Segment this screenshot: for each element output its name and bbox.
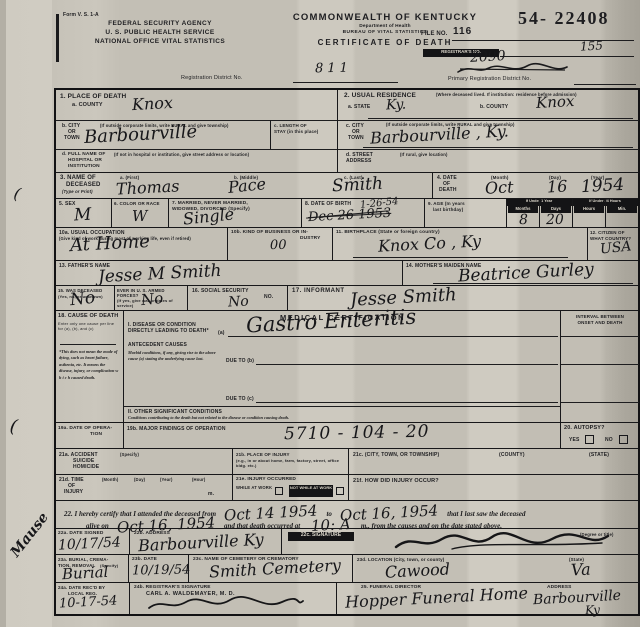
cause-footnote: *This does not mean the mode of dying, s…: [59, 349, 119, 381]
registrar-no-handwritten: 155: [580, 39, 604, 52]
disease-label-2: DIRECTLY LEADING TO DEATH*: [128, 328, 209, 334]
injury-f-label: 21f. HOW DID INJURY OCCUR?: [353, 478, 439, 485]
ssn-label-2: NO.: [264, 294, 273, 300]
injury-d-month-label: (Month): [102, 477, 118, 482]
other-conditions-note: Conditions contributing to the death but…: [128, 415, 388, 421]
row-sex-race-dob-age: 5. SEX M 6. COLOR OR RACE W 7. MARRIED, …: [56, 198, 638, 227]
interval-label-2: ONSET AND DEATH: [561, 320, 639, 326]
burial-date-value: 10/19/54: [132, 563, 191, 577]
residence-county-label: b. COUNTY: [480, 104, 508, 110]
injury-b-label: 21b. PLACE OF INJURY: [236, 452, 290, 458]
field-date-signed: 22a. DATE SIGNED 10/17/54: [56, 529, 129, 555]
funeral-address-value-2: Ky: [585, 604, 601, 617]
father-value: Jesse M Smith: [98, 263, 222, 286]
min-label: Min.: [607, 206, 637, 213]
registrar-no-rule: [500, 56, 634, 57]
due-b-rule: [256, 364, 558, 365]
field-accident-suicide-homicide: 21a. ACCIDENT SUICIDE HOMICIDE (Specify): [56, 449, 232, 475]
burial-value: Burial: [62, 565, 109, 582]
agency-line-3: NATIONAL OFFICE VITAL STATISTICS: [60, 38, 260, 46]
field-funeral-director: 25. FUNERAL DIRECTOR Hopper Funeral Home…: [336, 583, 638, 614]
field-time-of-injury: 21d. TIME OF INJURY (Month) (Day) (Year)…: [56, 475, 232, 501]
margin-curve-mark-1: (: [12, 185, 22, 202]
injury-a-label-3: HOMICIDE: [73, 464, 99, 470]
ssn-value: No: [228, 294, 249, 309]
field-date-of-death: 4. DATE OF DEATH (Month) (Day) (Year) Oc…: [432, 173, 638, 198]
race-label: 6. COLOR OR RACE: [114, 201, 166, 207]
file-no-value: 116: [453, 26, 472, 39]
injury-d-day-label: (Day): [134, 477, 145, 482]
hours-label: Hours: [574, 206, 604, 213]
burial-date-label: 23b. DATE: [132, 557, 157, 563]
residence-rule-3: [363, 147, 633, 148]
residence-state-label: a. STATE: [348, 104, 370, 110]
findings-label: 19b. MAJOR FINDINGS OF OPERATION: [127, 426, 226, 432]
field-major-findings: 19b. MAJOR FINDINGS OF OPERATION 5710 - …: [123, 423, 560, 448]
injury-c-label: 21c. (CITY, TOWN, OR TOWNSHIP): [353, 452, 439, 458]
field-injury-occurred: 21e. INJURY OCCURRED WHILE AT WORK NOT W…: [232, 475, 348, 500]
name-first-value: Thomas: [116, 178, 180, 197]
injury-d-label-3: INJURY: [64, 489, 83, 495]
field-ssn: 16. SOCIAL SECURITY NO. No: [187, 286, 287, 310]
file-no-rule: [452, 40, 634, 41]
file-no-label: FILE NO.: [421, 31, 448, 39]
mother-value: Beatrice Gurley: [458, 261, 595, 285]
agency-line-2: U. S. PUBLIC HEALTH SERVICE: [60, 29, 260, 37]
field-injury-location: 21c. (CITY, TOWN, OR TOWNSHIP) (COUNTY) …: [348, 449, 638, 474]
antecedent-note: Morbid conditions, if any, giving rise t…: [128, 350, 220, 363]
autopsy-yes-label: YES: [569, 437, 579, 443]
name-note: (Type or Print): [62, 189, 93, 194]
interval-label-1: INTERVAL BETWEEN: [561, 314, 639, 320]
field-signer-address: 22b. ADDRESS Barbourville Ky: [129, 529, 281, 554]
medical-certification-main: MEDICAL CERTIFICATION I. DISEASE OR COND…: [123, 311, 560, 422]
registrar-signature-scrawl: [146, 595, 306, 613]
institution-note: (If not in hospital or institution, give…: [114, 152, 314, 157]
disease-a-label: (a): [218, 330, 225, 336]
stay-label-2: STAY (in this place): [274, 129, 318, 135]
injury-d-m-label: m.: [208, 491, 214, 497]
name-last-value: Smith: [332, 176, 384, 196]
received-label-1: 24a. DATE REC'D BY: [58, 585, 105, 591]
dob-label: 8. DATE OF BIRTH: [305, 201, 351, 207]
citizen-value: USA: [599, 239, 632, 256]
field-cemetery: 23c. NAME OF CEMETERY OR CREMATORY Smith…: [188, 555, 352, 582]
row-service-informant: 15. WAS DECEASED (Yes, no, or unknown) N…: [56, 285, 638, 310]
age-label-2: last birthday): [433, 207, 463, 213]
dob-corrected-value: 1-26-54: [360, 197, 399, 211]
row-injury-bottom: 21d. TIME OF INJURY (Month) (Day) (Year)…: [56, 474, 638, 500]
injury-d-year-label: (Year): [160, 477, 173, 482]
residence-rule-2: [338, 120, 639, 121]
residence-city-label-3: TOWN: [348, 135, 364, 141]
field-burial-date: 23b. DATE 10/19/54: [128, 555, 188, 582]
injury-b-note: (e.g., in or about home, farm, factory, …: [236, 458, 344, 468]
disease-rule: [228, 336, 558, 337]
field-armed-forces: EVER IN U. S. ARMED FORCES? (If yes, giv…: [114, 286, 187, 310]
field-autopsy: 20. AUTOPSY? YES NO: [560, 423, 638, 448]
death-certificate-scan: Form V. S. 1-A FEDERAL SECURITY AGENCY U…: [0, 0, 640, 627]
field-age-min: Min.: [605, 199, 638, 227]
field-operation-date: 19a. DATE OF OPERA- TION: [56, 423, 123, 449]
bureau-line: BUREAU OF VITAL STATISTICS: [245, 30, 525, 36]
field-was-deceased: 15. WAS DECEASED (Yes, no, or unknown) N…: [56, 286, 114, 311]
cause-divider: [60, 344, 116, 345]
field-race: 6. COLOR OR RACE W: [111, 199, 168, 227]
while-at-work-checkbox: [275, 487, 283, 495]
row-occupation-birthplace: 10a. USUAL OCCUPATION (Give kind of work…: [56, 227, 638, 260]
antecedent-label: ANTECEDENT CAUSES: [128, 342, 187, 348]
row-parents: 13. FATHER'S NAME Jesse M Smith 14. MOTH…: [56, 260, 638, 285]
interval-column: INTERVAL BETWEEN ONSET AND DEATH: [560, 311, 638, 422]
form-number: Form V. S. 1-A: [63, 12, 99, 18]
certificate-form: 1. PLACE OF DEATH a. COUNTY Knox b. CITY…: [54, 88, 640, 616]
field-place-of-injury: 21b. PLACE OF INJURY (e.g., in or about …: [232, 449, 348, 474]
location-state-value: Va: [571, 561, 591, 578]
not-while-at-work-checkbox: [336, 487, 344, 495]
dod-day-value: 16: [547, 178, 568, 195]
residence-rule-4: [338, 149, 639, 150]
row-registrar-funeral: 24a. DATE REC'D BY LOCAL REG. 10-17-54 2…: [56, 582, 638, 614]
field-physician-signature: 22c. SIGNATURE (Degree or title): [281, 529, 638, 554]
row-injury-top: 21a. ACCIDENT SUICIDE HOMICIDE (Specify)…: [56, 448, 638, 474]
reg-district-value: 811: [315, 62, 352, 76]
burial-label-1: 23a. BURIAL, CREMA-: [58, 557, 108, 563]
days-value: 20: [546, 213, 564, 227]
row-place-residence: 1. PLACE OF DEATH a. COUNTY Knox b. CITY…: [56, 90, 638, 172]
disease-value: Gastro Enteritis: [246, 307, 417, 337]
stay-label-1: c. LENGTH OF: [274, 123, 307, 129]
field-length-of-stay: c. LENGTH OF STAY (in this place): [270, 120, 337, 149]
birthplace-rule: [353, 257, 568, 258]
received-value: 10-17-54: [59, 594, 118, 610]
place-county-value: Knox: [132, 95, 174, 113]
interval-rule-a: [561, 336, 639, 337]
place-city-label-3: TOWN: [64, 135, 80, 141]
field-age-hours: Hours: [572, 199, 605, 227]
interval-rule-c: [561, 402, 639, 403]
informant-label: 17. INFORMANT: [292, 288, 345, 296]
signer-address-value: Barbourville Ky: [138, 532, 264, 555]
injury-e-label: 21e. INJURY OCCURRED: [236, 477, 296, 483]
business-label-2: DUSTRY: [300, 236, 320, 242]
autopsy-yes-checkbox: [585, 435, 594, 444]
residence-county-value: Knox: [536, 94, 575, 111]
field-business: 10b. KIND OF BUSINESS OR IN- DUSTRY 00: [227, 228, 332, 260]
injury-a-note: (Specify): [120, 452, 139, 457]
funeral-address-value-1: Barbourville: [533, 589, 622, 608]
occupation-value: At Home: [70, 233, 151, 255]
physician-signature-scrawl: [392, 531, 612, 553]
service-value-2: No: [140, 291, 164, 308]
service-value-1: No: [69, 290, 96, 310]
reg-district-label: Registration District No.: [181, 75, 243, 82]
institution-label-3: INSTITUTION: [68, 164, 100, 170]
header-divider-bar: [56, 14, 59, 62]
margin-curve-mark-2: (: [8, 418, 18, 437]
commonwealth-title: COMMONWEALTH OF KENTUCKY: [245, 12, 525, 24]
business-value: 00: [270, 239, 287, 252]
reg-district-rule: [293, 82, 398, 83]
autopsy-no-checkbox: [619, 435, 628, 444]
place-rule-2: [56, 149, 337, 150]
primary-district-rule: [574, 84, 636, 85]
injury-e-notwork-label: NOT WHILE AT WORK: [289, 485, 333, 497]
residence-rule-1: [368, 118, 633, 119]
field-age-months: Months 8: [506, 199, 539, 227]
cause-label: 18. CAUSE OF DEATH: [58, 313, 120, 320]
operation-date-label-2: TION: [90, 432, 102, 438]
dod-year-value: 1954: [581, 177, 625, 196]
findings-value: 5710 - 104 - 20: [284, 424, 430, 444]
row-signature: 22a. DATE SIGNED 10/17/54 22b. ADDRESS B…: [56, 528, 638, 554]
crossed-out-scribble: [455, 62, 570, 76]
location-value: Cawood: [385, 561, 451, 580]
margin-note-handwritten: Mause: [8, 510, 51, 559]
injury-c-state-label: (STATE): [589, 452, 609, 458]
field-citizen: 12. CITIZEN OF WHAT COUNTRY? USA: [587, 228, 638, 260]
field-birthplace: 11. BIRTHPLACE (State or foreign country…: [332, 228, 587, 260]
row-medical-certification: 18. CAUSE OF DEATH Enter only one cause …: [56, 310, 638, 422]
injury-e-work-label: WHILE AT WORK: [236, 485, 274, 490]
row-operation-autopsy: 19a. DATE OF OPERA- TION 19b. MAJOR FIND…: [56, 422, 638, 448]
other-conditions-divider: [124, 406, 561, 407]
primary-district-label: Primary Registration District No.: [448, 76, 531, 83]
injury-d-hour-label: (Hour): [192, 477, 205, 482]
field-how-injury-occurred: 21f. HOW DID INJURY OCCUR?: [348, 475, 638, 500]
field-cemetery-location: 23d. LOCATION (City, town, or county) (S…: [352, 555, 638, 582]
field-place-of-death: 1. PLACE OF DEATH a. COUNTY Knox b. CITY…: [56, 90, 337, 172]
business-label-1: 10b. KIND OF BUSINESS OR IN-: [231, 230, 308, 236]
dod-label-3: DEATH: [439, 187, 457, 193]
field-mother-name: 14. MOTHER'S MAIDEN NAME Beatrice Gurley: [402, 261, 638, 285]
field-usual-residence: 2. USUAL RESIDENCE (Where deceased lived…: [337, 90, 638, 172]
field-marital-status: 7. MARRIED, NEVER MARRIED, WIDOWED, DIVO…: [168, 199, 301, 227]
autopsy-label: 20. AUTOPSY?: [564, 425, 605, 432]
place-county-label: a. COUNTY: [72, 102, 103, 109]
row-certification-statement: 22. I hereby certify that I attended the…: [56, 500, 638, 528]
field-burial-type: 23a. BURIAL, CREMA- TION, REMOVAL (Speci…: [56, 555, 128, 583]
cause-note: Enter only one cause per line for (a), (…: [58, 321, 118, 331]
due-c-rule: [256, 402, 558, 403]
operation-date-label-1: 19a. DATE OF OPERA-: [58, 426, 112, 432]
file-stamp-number: 54- 22408: [518, 7, 610, 30]
dod-month-value: Oct: [485, 179, 514, 196]
row-burial: 23a. BURIAL, CREMA- TION, REMOVAL (Speci…: [56, 554, 638, 582]
field-name-of-deceased: 3. NAME OF DECEASED (Type or Print) a. (…: [56, 173, 432, 199]
months-value: 8: [519, 213, 528, 227]
race-value: W: [132, 209, 148, 224]
row-name-dod: 3. NAME OF DECEASED (Type or Print) a. (…: [56, 172, 638, 198]
residence-street-label-2: ADDRESS: [346, 158, 372, 164]
cause-of-death-sidebar: 18. CAUSE OF DEATH Enter only one cause …: [56, 311, 123, 423]
place-city-value: Barbourville: [84, 123, 198, 147]
residence-city-value: Barbourville , Ky.: [370, 123, 509, 146]
field-father-name: 13. FATHER'S NAME Jesse M Smith: [56, 261, 402, 286]
interval-rule-b: [561, 364, 639, 365]
due-b-label: DUE TO (b): [226, 358, 254, 364]
field-registrar-signature: 24b. REGISTRAR'S SIGNATURE CARL A. WALDE…: [129, 583, 336, 614]
certification-line-2: alive on Oct 16, 1954 and that death occ…: [86, 515, 634, 529]
field-informant: 17. INFORMANT Jesse Smith: [287, 286, 638, 310]
agency-line-1: FEDERAL SECURITY AGENCY: [60, 20, 260, 28]
age-label-1: 9. AGE (In years: [428, 201, 465, 207]
autopsy-no-label: NO: [605, 437, 613, 443]
marital-value: Single: [182, 206, 235, 227]
field-date-received: 24a. DATE REC'D BY LOCAL REG. 10-17-54: [56, 583, 129, 615]
date-signed-value: 10/17/54: [58, 535, 122, 552]
residence-street-note: (If rural, give location): [400, 152, 448, 157]
field-date-of-birth: 8. DATE OF BIRTH Dec 26 1953 1-26-54: [301, 199, 424, 227]
residence-state-value: Ky.: [386, 97, 407, 112]
citizen-label-1: 12. CITIZEN OF: [590, 230, 625, 236]
sex-value: M: [74, 207, 92, 225]
injury-c-county-label: (COUNTY): [499, 452, 525, 458]
signature-label-chip: 22c. SIGNATURE: [288, 532, 354, 541]
place-label: 1. PLACE OF DEATH: [60, 93, 126, 101]
field-age: 9. AGE (In years last birthday): [424, 199, 506, 227]
field-sex: 5. SEX M: [56, 199, 111, 228]
field-age-days: Days 20: [539, 199, 572, 227]
field-occupation: 10a. USUAL OCCUPATION (Give kind of work…: [56, 228, 227, 261]
cemetery-value: Smith Cemetery: [209, 558, 342, 581]
mother-rule: [433, 283, 633, 284]
degree-title-label: (Degree or title): [580, 532, 614, 537]
due-c-label: DUE TO (c): [226, 396, 254, 402]
name-middle-value: Pace: [227, 176, 266, 196]
birthplace-value: Knox Co , Ky: [378, 233, 482, 254]
